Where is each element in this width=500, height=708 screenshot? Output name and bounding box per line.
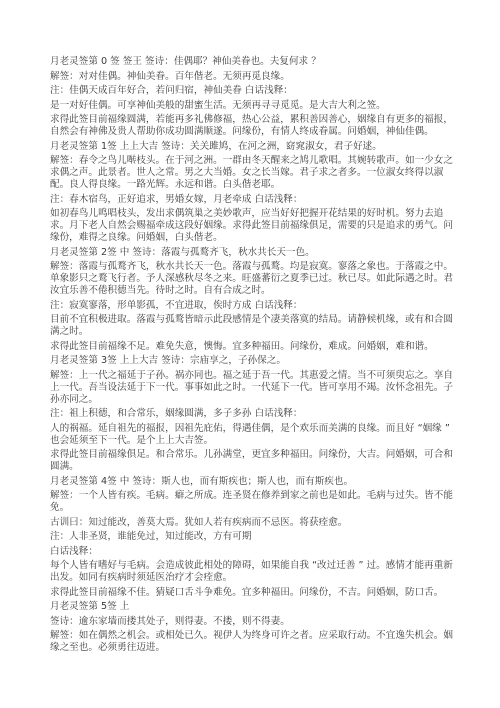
document-page: 月老灵签第 0 签 签王 签诗：佳偶耶？神仙美眷也。夫复何求 ？解签：对对佳偶。… bbox=[0, 0, 500, 708]
text-paragraph: 月老灵签第 1签 上上大吉 签诗：关关雎鸠，在河之洲，窈窕淑女，君子好逑。 bbox=[50, 141, 460, 153]
text-paragraph: 解签：上一代之福延于子孙。祸亦同也。福之延于吾一代。其惠爱之情。当不可须臾忘之。… bbox=[50, 370, 460, 406]
text-paragraph: 每个人皆有嗜好与毛病。会造成彼此相处的障碍，如果能自我 “改过迁善 ” 过。感情… bbox=[50, 560, 460, 584]
text-paragraph: 人的祸福。延自祖先的福报，因祖先庇佑，得遇佳偶，是个欢乐而美满的良缘。而且好 “… bbox=[50, 423, 460, 447]
text-paragraph: 解签：落霞与孤鹜齐飞，秋水共长天一色。落霞与孤鹜。均是寂寞。寥落之象也。于落霞之… bbox=[50, 261, 460, 297]
text-paragraph: 月老灵签第 4签 中 签诗：斯人也，而有斯疾也；斯人也，而有斯疾也。 bbox=[50, 476, 460, 488]
text-paragraph: 月老灵签第 3签 上上大吉 签诗：宗庙享之，子孙保之。 bbox=[50, 355, 460, 367]
paragraph-list: 月老灵签第 0 签 签王 签诗：佳偶耶？神仙美眷也。夫复何求 ？解签：对对佳偶。… bbox=[50, 56, 460, 654]
text-paragraph: 目前不宜积极进取。落霞与孤鹜皆暗示此段感情是个凄美落寞的结局。请静候机缘，或有和… bbox=[50, 314, 460, 338]
text-paragraph: 月老灵签第 5签 上 bbox=[50, 601, 460, 613]
text-paragraph: 注：祖上积德，和合常乐，姻缘圆满，多子多孙 白话浅释： bbox=[50, 408, 460, 420]
text-paragraph: 注：佳偶天成百年好合，若问归宿，神仙美眷 白话浅释： bbox=[50, 85, 460, 97]
text-paragraph: 如初春鸟儿鸣唱枝头，发出求偶筑巢之美妙歌声，应当好好把握开花结果的好时机。努力去… bbox=[50, 208, 460, 244]
text-paragraph: 注：寂寞寥落，形单影孤，不宜进取，俟时方成 白话浅释： bbox=[50, 300, 460, 312]
text-paragraph: 白话浅释： bbox=[50, 546, 460, 558]
text-paragraph: 月老灵签第 0 签 签王 签诗：佳偶耶？神仙美眷也。夫复何求 ？ bbox=[50, 56, 460, 68]
text-paragraph: 解签：春令之鸟儿啭枝头。在于河之洲。一群由冬天醒来之鸠儿歌唱。其婉转歌声。如一少… bbox=[50, 155, 460, 191]
text-paragraph: 古训曰：知过能改，善莫大焉。犹如人若有疾病而不忌医。将获痊愈。 bbox=[50, 517, 460, 529]
text-paragraph: 求得此签目前福缘俱足。和合常乐。儿孙满堂，更宜多种福田。问缘份，大吉。问婚姻，可… bbox=[50, 449, 460, 473]
text-paragraph: 月老灵签第 2签 中 签诗：落霞与孤鹜齐飞，秋水共长天一色。 bbox=[50, 247, 460, 259]
text-paragraph: 是一对好佳偶。可享神仙美般的甜蜜生活。无须再寻寻觅觅。是大吉大利之签。 bbox=[50, 100, 460, 112]
text-paragraph: 求得此签目前福缘不足。难免失意，懊悔。宜多种福田。问缘份，难成。问婚姻，难和谐。 bbox=[50, 341, 460, 353]
text-paragraph: 求得此签目前福缘圆满，若能再多礼佛修福，热心公益，累积善因善心，姻缘自有更多的福… bbox=[50, 114, 460, 138]
text-paragraph: 解签：一个人皆有疾。毛病。癖之所成。连圣贤在修养到家之前也是如此。毛病与过失。皆… bbox=[50, 490, 460, 514]
text-paragraph: 求得此签目前福缘不佳。猜疑口舌斗争难免。宜多种福田。问缘份，不吉。问婚姻，防口舌… bbox=[50, 587, 460, 599]
text-paragraph: 解签：对对佳偶。神仙美眷。百年偕老。无须再觅良缘。 bbox=[50, 71, 460, 83]
text-paragraph: 注：人非圣贤，谁能免过，知过能改，方有可期 bbox=[50, 531, 460, 543]
text-paragraph: 注：春木宿鸟，正好追求，男婚女嫁，月老牵成 白话浅释： bbox=[50, 194, 460, 206]
text-paragraph: 签诗：逾东家墙而搂其处子，则得妻。不搂，则不得妻。 bbox=[50, 616, 460, 628]
text-paragraph: 解签：如在偶然之机会。或相处已久。视伊人为终身可许之者。应采取行动。不宜逸失机会… bbox=[50, 630, 460, 654]
